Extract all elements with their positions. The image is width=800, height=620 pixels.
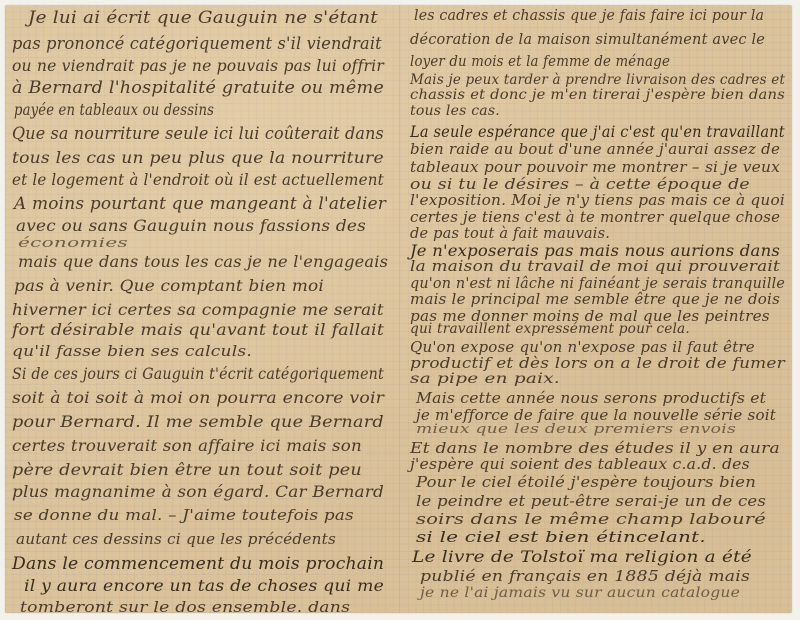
left-handwritten-line: pas à venir. Que comptant bien moi: [14, 276, 324, 295]
left-handwritten-line: Dans le commencement du mois prochain: [12, 554, 384, 574]
right-handwritten-line: loyer du mois et la femme de ménage: [410, 52, 670, 70]
right-handwritten-line: Mais cette année nous serons productifs …: [416, 389, 766, 407]
left-handwritten-line: père devrait bien être un tout soit peu: [12, 460, 362, 479]
left-handwritten-line: pas prononcé catégoriquement s'il viendr…: [12, 34, 382, 54]
left-handwritten-line: à Bernard l'hospitalité gratuite ou même: [12, 78, 384, 98]
left-handwritten-line: Si de ces jours ci Gauguin t'écrit catég…: [12, 364, 384, 383]
right-handwritten-line: j'espère qui soient des tableaux c.a.d. …: [410, 455, 750, 473]
left-handwritten-line: pour Bernard. Il me semble que Bernard: [12, 412, 384, 431]
left-handwritten-line: soit à toi soit à moi on pourra encore v…: [12, 388, 384, 407]
center-fold: [399, 5, 401, 613]
right-handwritten-line: qui travaillent expressément pour cela.: [410, 321, 690, 337]
left-handwritten-line: certes trouverait son affaire ici mais s…: [12, 436, 362, 455]
left-page: Je lui ai écrit que Gauguin ne s'étantpa…: [12, 8, 392, 608]
left-handwritten-line: avec ou sans Gauguin nous fassions des: [16, 216, 366, 235]
left-handwritten-line: économies: [18, 236, 128, 251]
right-handwritten-line: les cadres et chassis que je fais faire …: [414, 6, 764, 24]
left-handwritten-line: Je lui ai écrit que Gauguin ne s'étant: [28, 8, 378, 28]
right-page: les cadres et chassis que je fais faire …: [410, 8, 790, 608]
right-handwritten-line: Pour le ciel étoilé j'espère toujours bi…: [416, 473, 756, 491]
right-handwritten-line: publié en français en 1885 déjà mais: [420, 567, 750, 585]
right-handwritten-line: Mais je peux tarder à prendre livraison …: [410, 72, 785, 88]
right-handwritten-line: Le livre de Tolstoï ma religion a été: [412, 547, 752, 566]
right-handwritten-line: la maison du travail de moi qui prouvera…: [410, 257, 780, 275]
right-handwritten-line: tableaux pour pouvoir me montrer – si je…: [410, 158, 780, 176]
left-handwritten-line: plus magnanime à son égard. Car Bernard: [12, 482, 384, 501]
right-handwritten-line: sa pipe en paix.: [410, 371, 560, 387]
left-handwritten-line: fort désirable mais qu'avant tout il fal…: [12, 320, 384, 339]
right-handwritten-line: bien raide au bout d'une année j'aurai a…: [410, 140, 780, 158]
left-handwritten-line: payée en tableaux ou dessins: [14, 100, 214, 119]
right-handwritten-line: si le ciel est bien étincelant.: [416, 528, 706, 546]
left-handwritten-line: qu'il fasse bien ses calculs.: [12, 342, 252, 360]
right-handwritten-line: le peindre et peut-être serai-je un de c…: [416, 492, 766, 510]
right-handwritten-line: mais le principal me semble être que je …: [410, 290, 780, 308]
right-handwritten-line: chassis et donc je m'en tirerai j'espère…: [410, 87, 785, 103]
right-handwritten-line: tous les cas.: [410, 103, 500, 119]
left-handwritten-line: autant ces dessins ci que les précédents: [16, 530, 336, 548]
right-handwritten-line: l'exposition. Moi je n'y tiens pas mais …: [410, 191, 785, 209]
left-handwritten-line: et le logement à l'endroit où il est act…: [12, 170, 384, 189]
left-handwritten-line: mais que dans tous les cas je ne l'engag…: [18, 252, 388, 271]
right-handwritten-line: mieux que les deux premiers envois: [416, 422, 736, 437]
left-handwritten-line: se donne du mal. – J'aime toutefois pas: [14, 506, 354, 524]
right-handwritten-line: je ne l'ai jamais vu sur aucun catalogue: [420, 585, 740, 601]
left-handwritten-line: hiverner ici certes sa compagnie me sera…: [12, 300, 384, 319]
right-handwritten-line: soirs dans le même champ labouré: [416, 510, 766, 528]
left-handwritten-line: il y aura encore un tas de choses qui me: [24, 576, 384, 595]
right-handwritten-line: décoration de la maison simultanément av…: [410, 30, 765, 48]
right-handwritten-line: productif et dès lors on a le droit de f…: [410, 354, 785, 372]
left-handwritten-line: tomberont sur le dos ensemble. dans: [20, 598, 350, 616]
left-handwritten-line: Que sa nourriture seule ici lui coûterai…: [12, 124, 384, 144]
left-handwritten-line: tous les cas un peu plus que la nourritu…: [12, 148, 384, 167]
right-handwritten-line: La seule espérance que j'ai c'est qu'en …: [410, 122, 785, 141]
left-handwritten-line: A moins pourtant que mangeant à l'atelie…: [14, 194, 386, 214]
left-handwritten-line: ou ne viendrait pas je ne pouvais pas lu…: [12, 56, 384, 75]
right-handwritten-line: de pas tout à fait mauvais.: [410, 224, 610, 242]
